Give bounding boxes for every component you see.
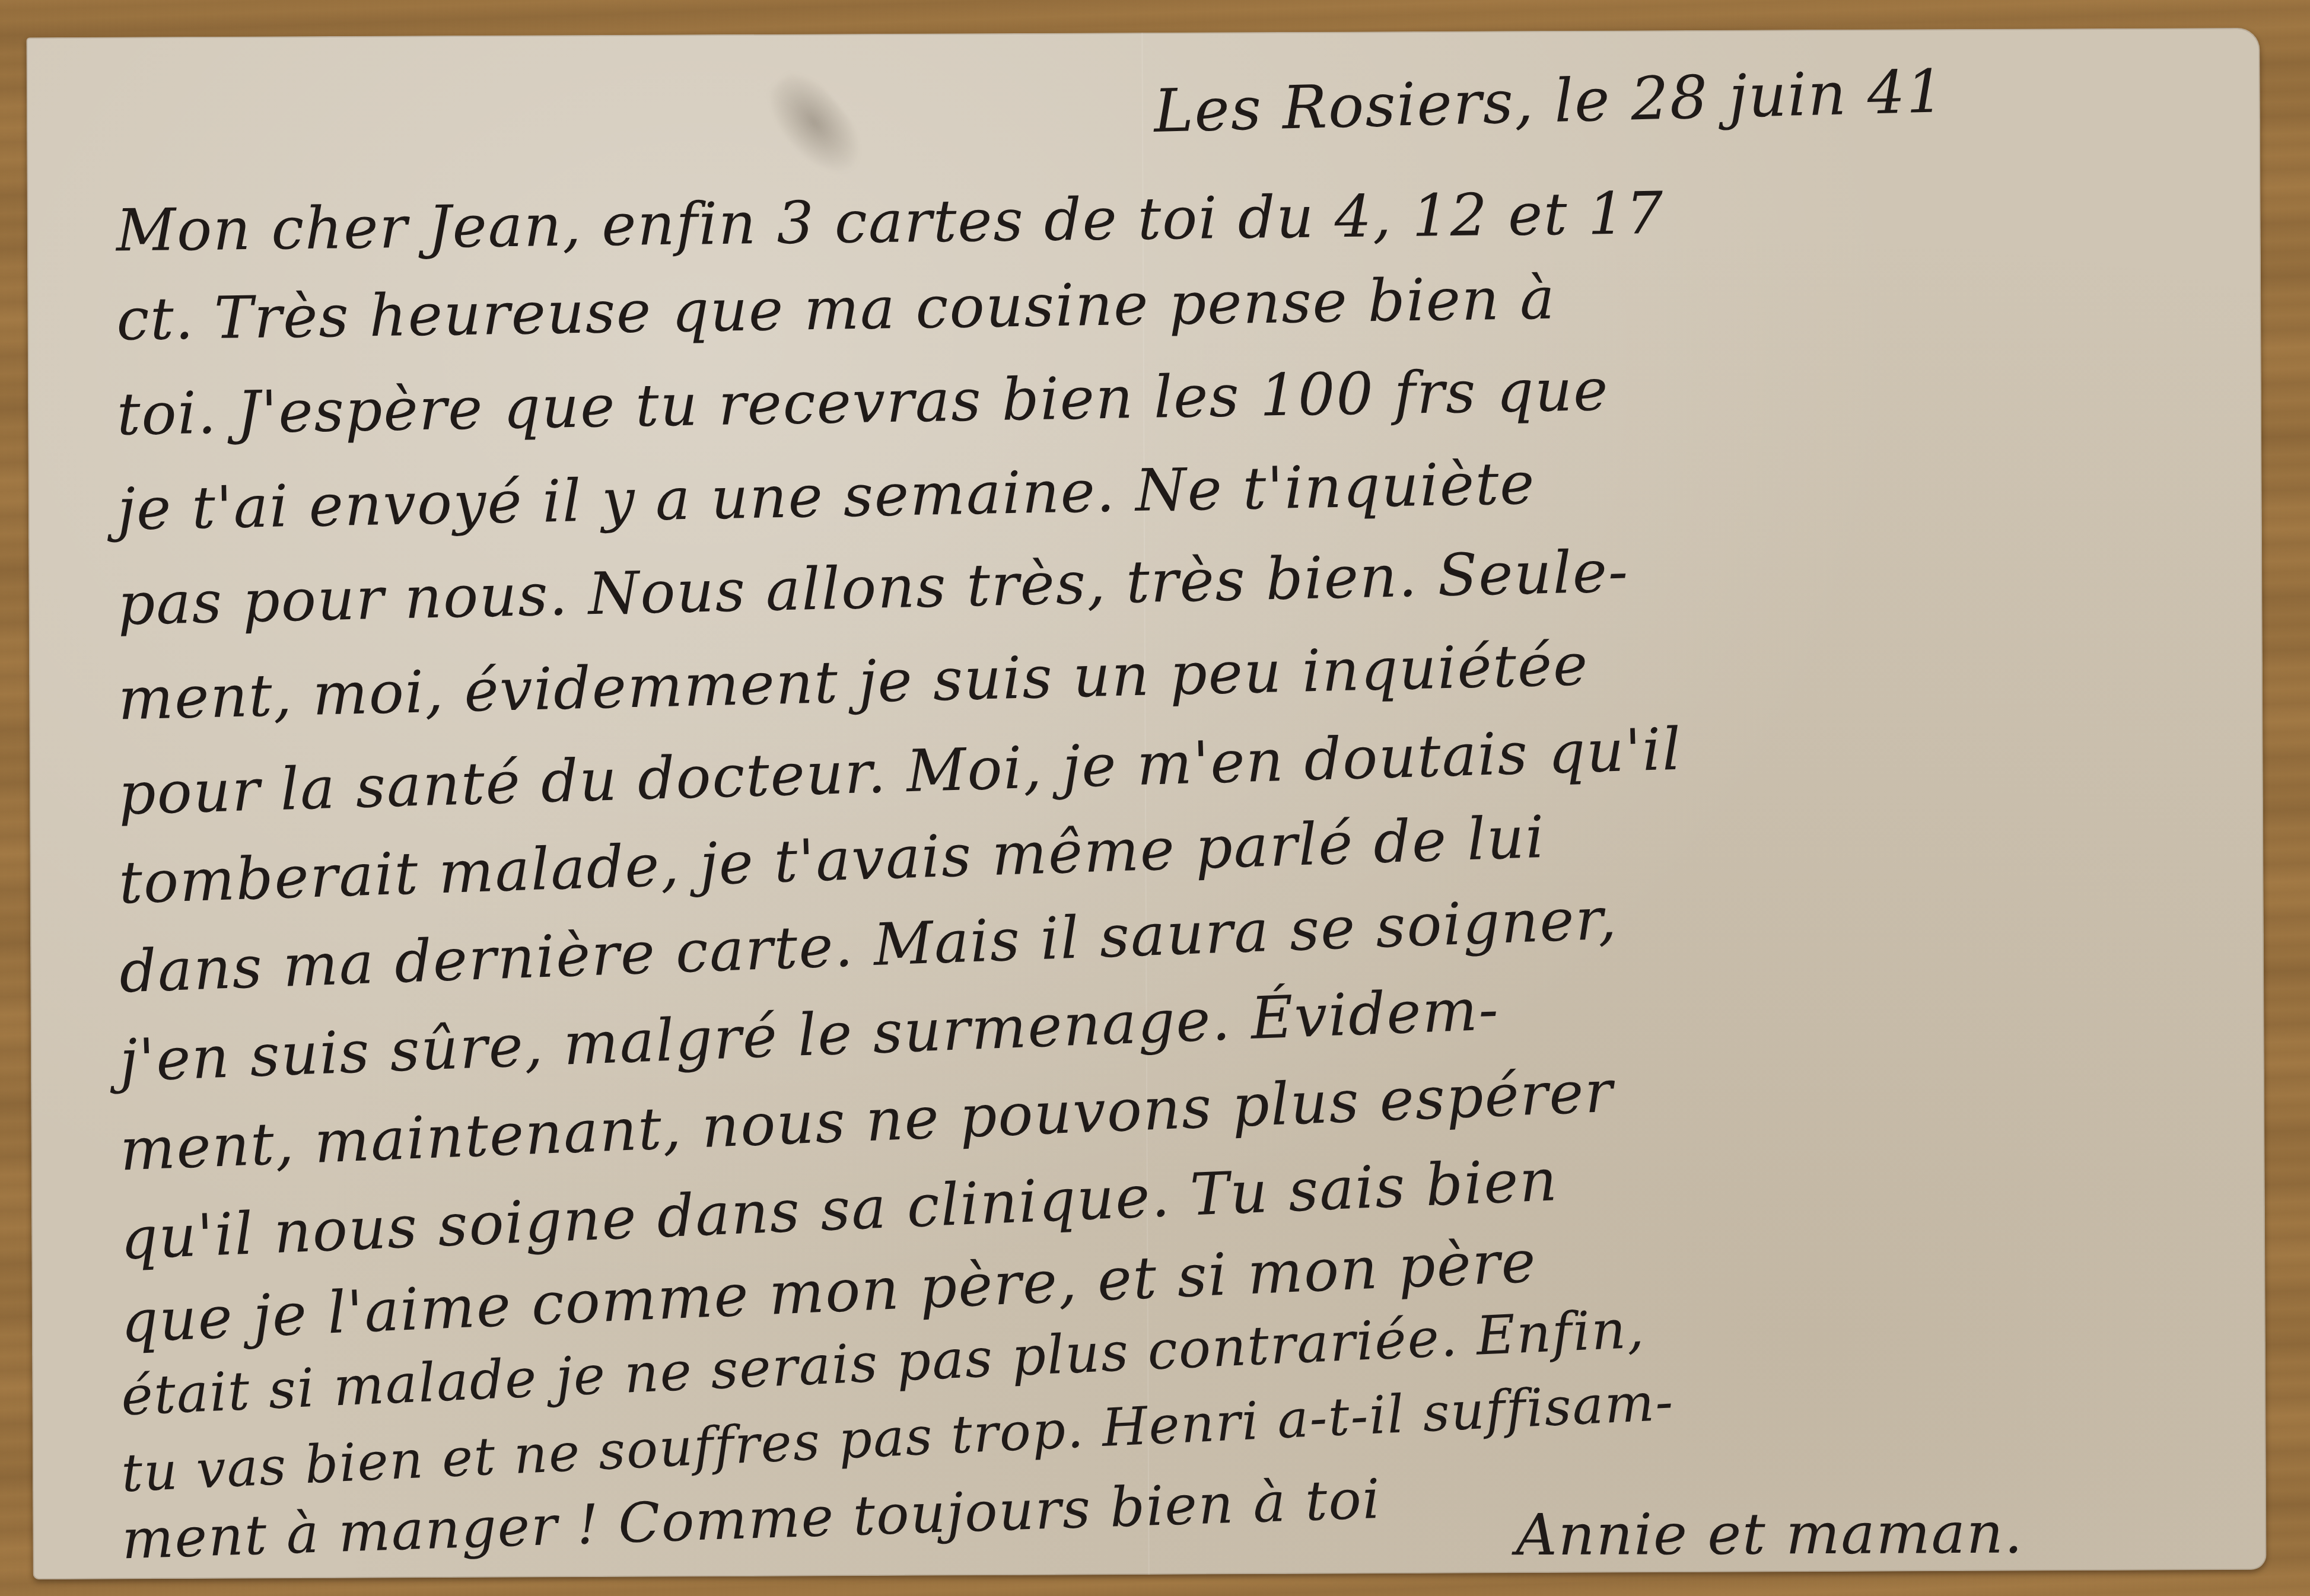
- signature: Annie et maman.: [1516, 1500, 2023, 1569]
- body-line-5: pas pour nous. Nous allons très, très bi…: [117, 538, 1630, 639]
- postcard: Les Rosiers, le 28 juin 41 Mon cher Jean…: [26, 28, 2266, 1579]
- body-line-6: ment, moi, évidemment je suis un peu inq…: [117, 631, 1589, 733]
- body-line-2: ct. Très heureuse que ma cousine pense b…: [116, 265, 1557, 354]
- ink-smudge: [752, 63, 879, 196]
- body-line-3: toi. J'espère que tu recevras bien les 1…: [116, 356, 1609, 449]
- body-line-1: Mon cher Jean, enfin 3 cartes de toi du …: [116, 180, 1665, 265]
- date-line: Les Rosiers, le 28 juin 41: [1153, 56, 1946, 146]
- body-line-4: je t'ai envoyé il y a une semaine. Ne t'…: [117, 450, 1536, 544]
